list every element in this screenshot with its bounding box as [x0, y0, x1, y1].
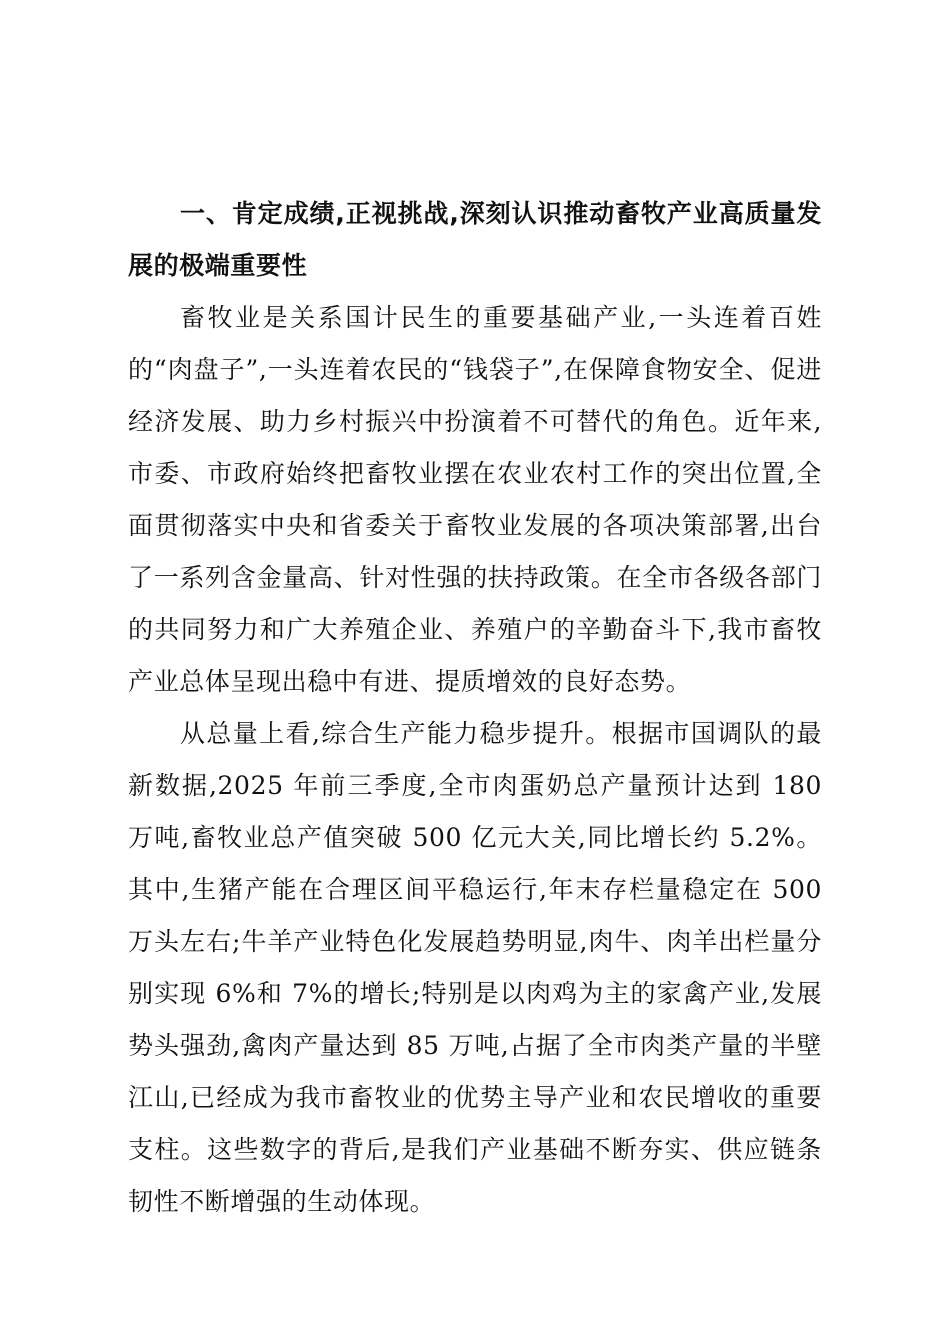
document-page: 一、肯定成绩,正视挑战,深刻认识推动畜牧产业高质量发展的极端重要性 畜牧业是关系… — [0, 0, 950, 1344]
paragraph-statistics: 从总量上看,综合生产能力稳步提升。根据市国调队的最新数据,2025 年前三季度,… — [128, 708, 822, 1228]
section-heading: 一、肯定成绩,正视挑战,深刻认识推动畜牧产业高质量发展的极端重要性 — [128, 188, 822, 292]
paragraph-intro: 畜牧业是关系国计民生的重要基础产业,一头连着百姓的“肉盘子”,一头连着农民的“钱… — [128, 292, 822, 708]
document-body: 一、肯定成绩,正视挑战,深刻认识推动畜牧产业高质量发展的极端重要性 畜牧业是关系… — [128, 188, 822, 1228]
